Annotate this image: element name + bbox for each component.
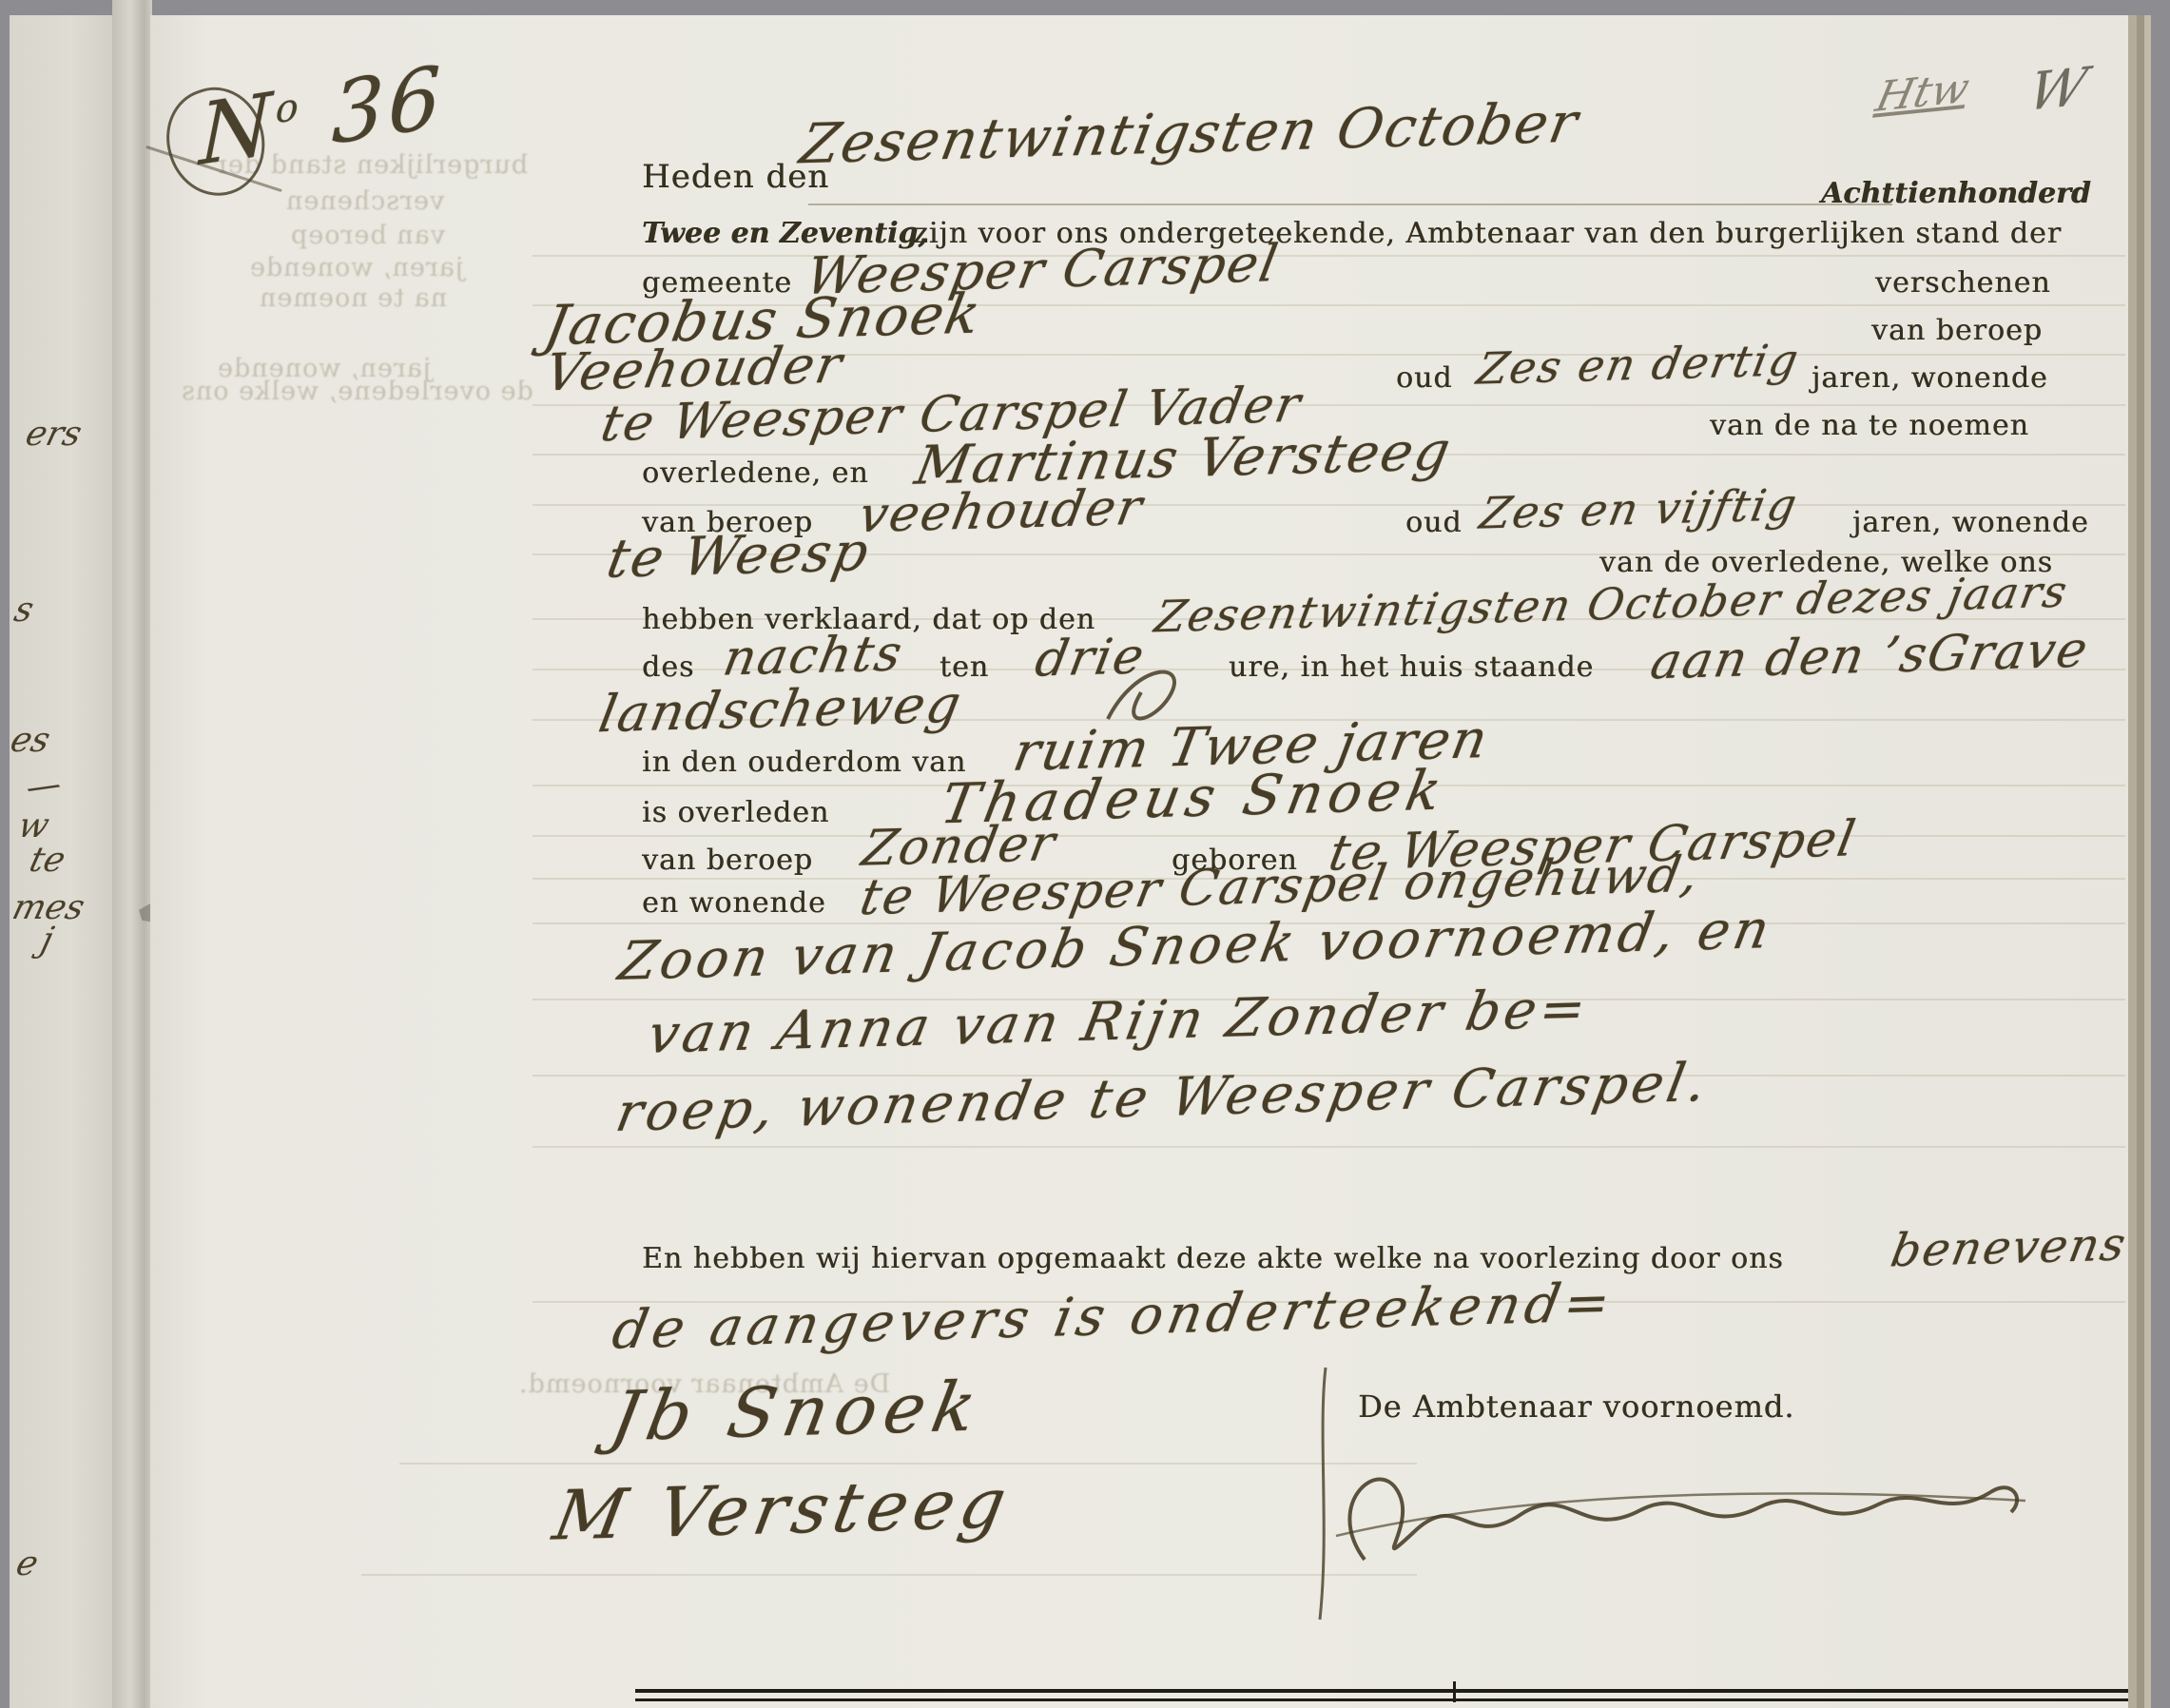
label-en-wonende: en wonende (642, 886, 826, 920)
ruling-line (533, 835, 2125, 837)
witness1-signature: Jb Snoek (605, 1367, 990, 1457)
act-number-value: 36 (331, 47, 445, 164)
label-na-te-noemen: van de na te noemen (1710, 409, 2029, 442)
signature-line (399, 1463, 1417, 1465)
official-signature (1327, 1446, 2040, 1588)
label-jaren-wonende-2: jaren, wonende (1852, 506, 2089, 539)
witness2-signature: M Versteeg (548, 1463, 1017, 1555)
left-page-text-fragment: w (14, 806, 53, 845)
hand-address-2: landscheweg (594, 674, 967, 745)
label-oud-1: oud (1396, 361, 1453, 395)
label-ambtenaar: De Ambtenaar voornoemd. (1358, 1388, 1794, 1425)
bleedthrough-text: van beroep (290, 221, 445, 250)
page-edge-stack (2144, 15, 2151, 1708)
left-page-text-fragment: s (10, 591, 38, 630)
death-record-scan: ers s es / w te mes j e burgerlijken sta… (0, 0, 2170, 1708)
ruling-line (533, 1146, 2125, 1148)
left-page-text-fragment: ers (22, 415, 86, 454)
book-spine (112, 0, 152, 1708)
label-overledene-en: overledene, en (642, 456, 869, 490)
act-number-prefix: N (199, 73, 277, 184)
ruling-line (533, 255, 2125, 257)
label-verschenen: verschenen (1875, 266, 2051, 300)
label-ouderdom: in den ouderdom van (642, 746, 966, 779)
label-closing: En hebben wij hiervan opgemaakt deze akt… (642, 1242, 1784, 1275)
label-ure-huis: ure, in het huis staande (1229, 650, 1594, 684)
hand-declarant1-age: Zes en dertig (1473, 334, 1804, 394)
hand-closing-1: benevens (1887, 1218, 2131, 1278)
label-jaren-wonende-1: jaren, wonende (1812, 361, 2048, 395)
bleedthrough-text: na te noemen (259, 283, 447, 313)
hand-declarant2-occupation: veehouder (855, 479, 1149, 544)
bleedthrough-text: de overledene, welke ons (181, 377, 533, 406)
label-oud-2: oud (1405, 506, 1463, 539)
left-page-text-fragment: te (26, 841, 69, 880)
bottom-double-rule (635, 1698, 2128, 1701)
label-van-beroep-1: van beroep (1871, 314, 2043, 347)
page-edge-stack (2128, 15, 2137, 1708)
left-page-text-fragment: e (12, 1544, 43, 1583)
left-page-pen-stroke: / (25, 772, 64, 804)
left-page-text-fragment: es (7, 721, 54, 760)
bleedthrough-text: verschenen (285, 186, 444, 216)
bleedthrough-text: jaren, wonende (249, 253, 463, 282)
label-is-overleden: is overleden (642, 796, 829, 829)
hand-declarant2-age: Zes en vijftig (1476, 478, 1802, 538)
date-underline (808, 204, 1892, 205)
label-des: des (642, 650, 694, 684)
bottom-double-rule (635, 1689, 2128, 1693)
previous-page-edge: ers s es / w te mes j e (10, 15, 112, 1708)
act-number-sup: o (275, 84, 302, 132)
page-edge-stack (2137, 15, 2144, 1708)
signature-line (361, 1574, 1417, 1576)
label-van-beroep-3: van beroep (642, 844, 813, 877)
bottom-rule-tick (1453, 1681, 1456, 1702)
label-achttienhonderd: Achttienhonderd (1821, 177, 2091, 210)
hand-declarant2-residence: te Weesp (602, 521, 875, 591)
